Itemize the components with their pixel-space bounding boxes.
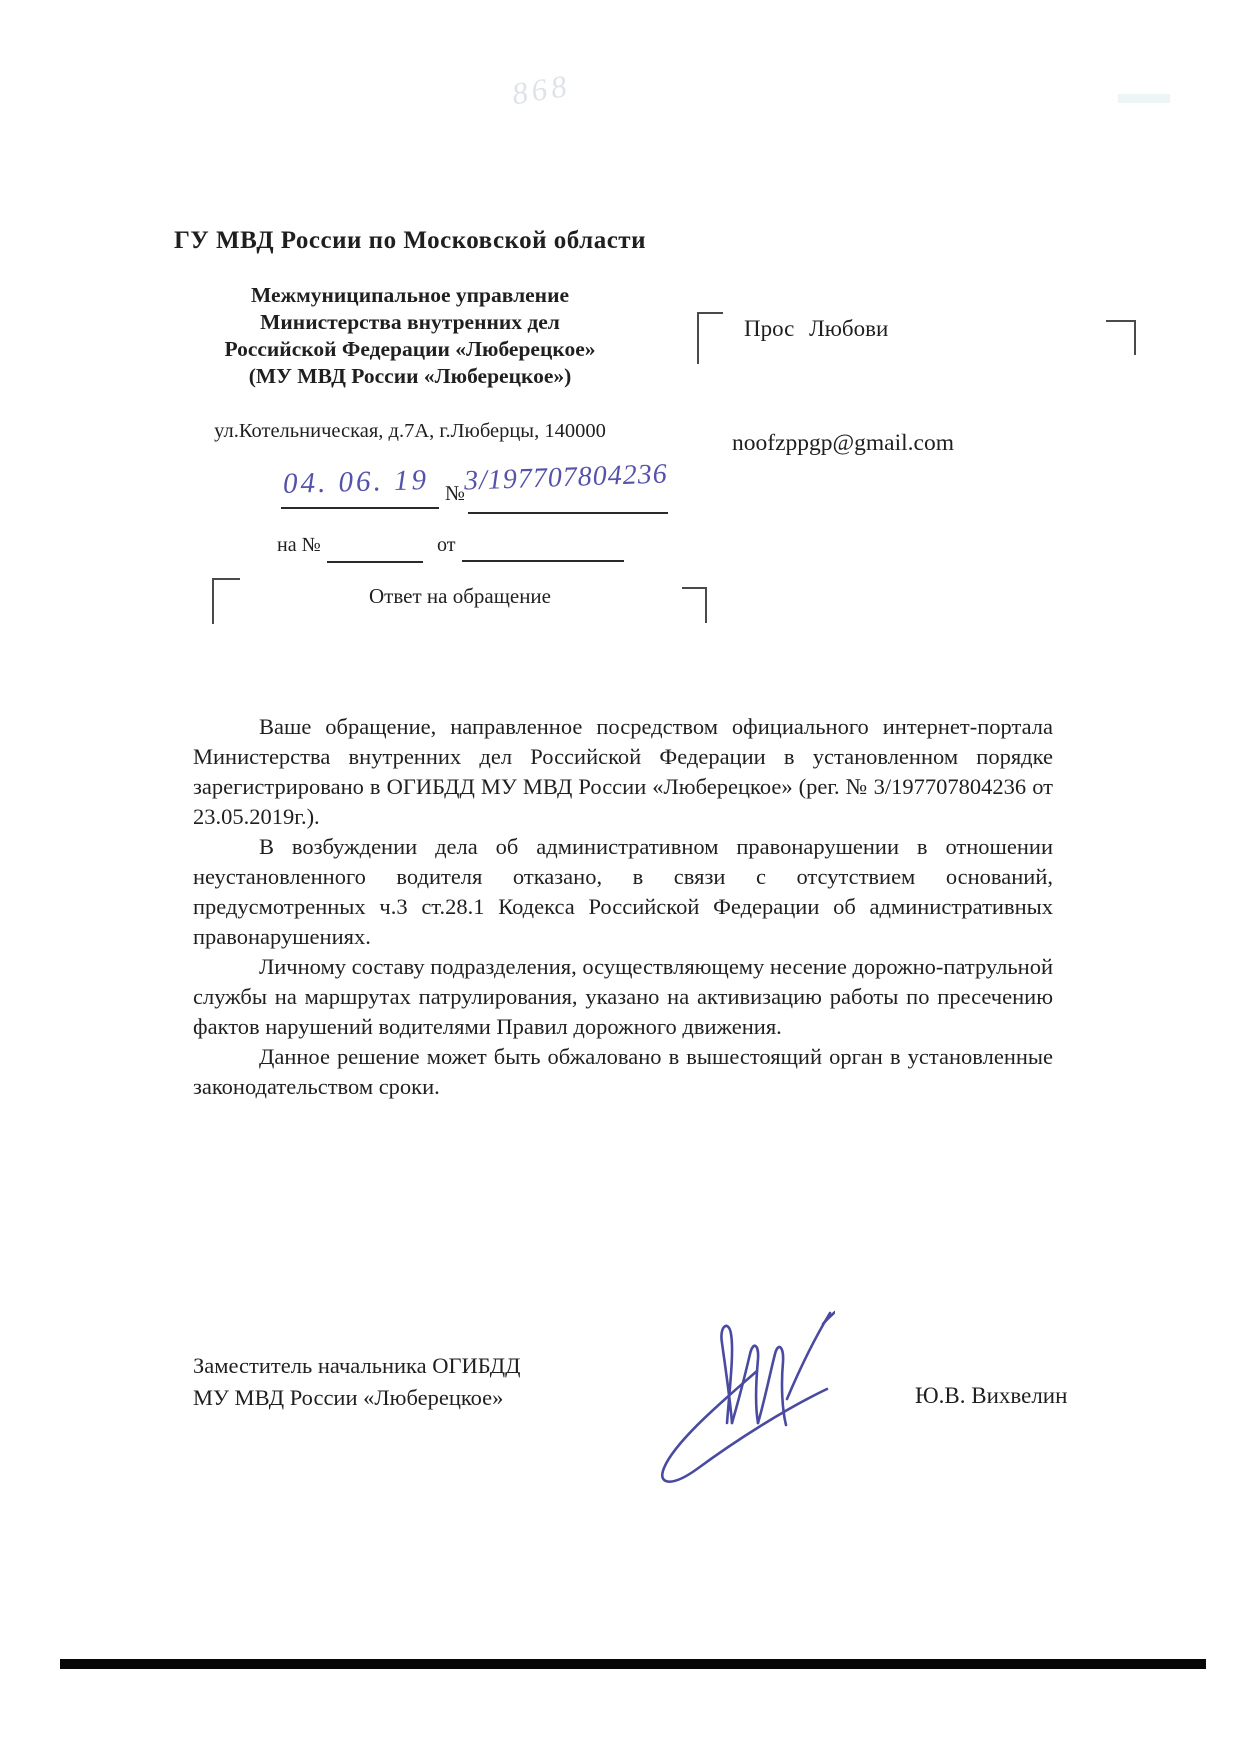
signer-position: Заместитель начальника ОГИБДД МУ МВД Рос…	[193, 1350, 521, 1414]
ref-from-blank-line	[462, 560, 624, 562]
scan-smudge	[1118, 94, 1170, 103]
body-paragraph: Личному составу подразделения, осуществл…	[193, 952, 1053, 1042]
body-paragraph: Данное решение может быть обжаловано в в…	[193, 1042, 1053, 1102]
body-paragraph: В возбуждении дела об административном п…	[193, 832, 1053, 952]
parent-organization-title: ГУ МВД России по Московской области	[160, 226, 660, 256]
number-underline	[468, 512, 668, 514]
handwritten-date: 04. 06. 19	[283, 464, 430, 501]
subject-corner-mark-left	[212, 578, 240, 624]
bottom-black-bar	[60, 1659, 1206, 1669]
body-paragraph: Ваше обращение, направленное посредством…	[193, 712, 1053, 832]
organization-line: Министерства внутренних дел	[160, 309, 660, 336]
organization-name: Межмуниципальное управление Министерства…	[160, 282, 660, 390]
faint-pencil-mark: 868	[510, 68, 573, 113]
addressee-corner-mark-top-right	[1106, 320, 1136, 355]
ref-number-blank-line	[327, 561, 423, 563]
handwritten-outgoing-number: 3/197707804236	[464, 458, 669, 497]
addressee-email: noofzppgp@gmail.com	[732, 430, 954, 457]
letter-body: Ваше обращение, направленное посредством…	[193, 712, 1053, 1102]
addressee-name: Прос Любови	[744, 316, 888, 342]
date-underline	[281, 507, 439, 509]
scanned-letter-page: 868 ГУ МВД России по Московской области …	[0, 0, 1240, 1754]
handwritten-signature	[635, 1303, 835, 1493]
ref-from-label: от	[437, 534, 455, 557]
letterhead: ГУ МВД России по Московской области Межм…	[160, 226, 660, 390]
organization-line: Российской Федерации «Люберецкое»	[160, 336, 660, 363]
signer-position-line: МУ МВД России «Люберецкое»	[193, 1382, 521, 1414]
organization-address: ул.Котельническая, д.7А, г.Люберцы, 1400…	[160, 420, 660, 443]
ref-number-label: на №	[277, 534, 321, 557]
signer-name: Ю.В. Вихвелин	[915, 1383, 1067, 1409]
letter-subject: Ответ на обращение	[300, 584, 620, 609]
organization-line: (МУ МВД России «Люберецкое»)	[160, 363, 660, 390]
addressee-corner-mark-top-left	[697, 312, 723, 364]
number-sign: №	[445, 481, 465, 506]
subject-corner-mark-right	[682, 587, 707, 623]
signer-position-line: Заместитель начальника ОГИБДД	[193, 1350, 521, 1382]
organization-line: Межмуниципальное управление	[160, 282, 660, 309]
